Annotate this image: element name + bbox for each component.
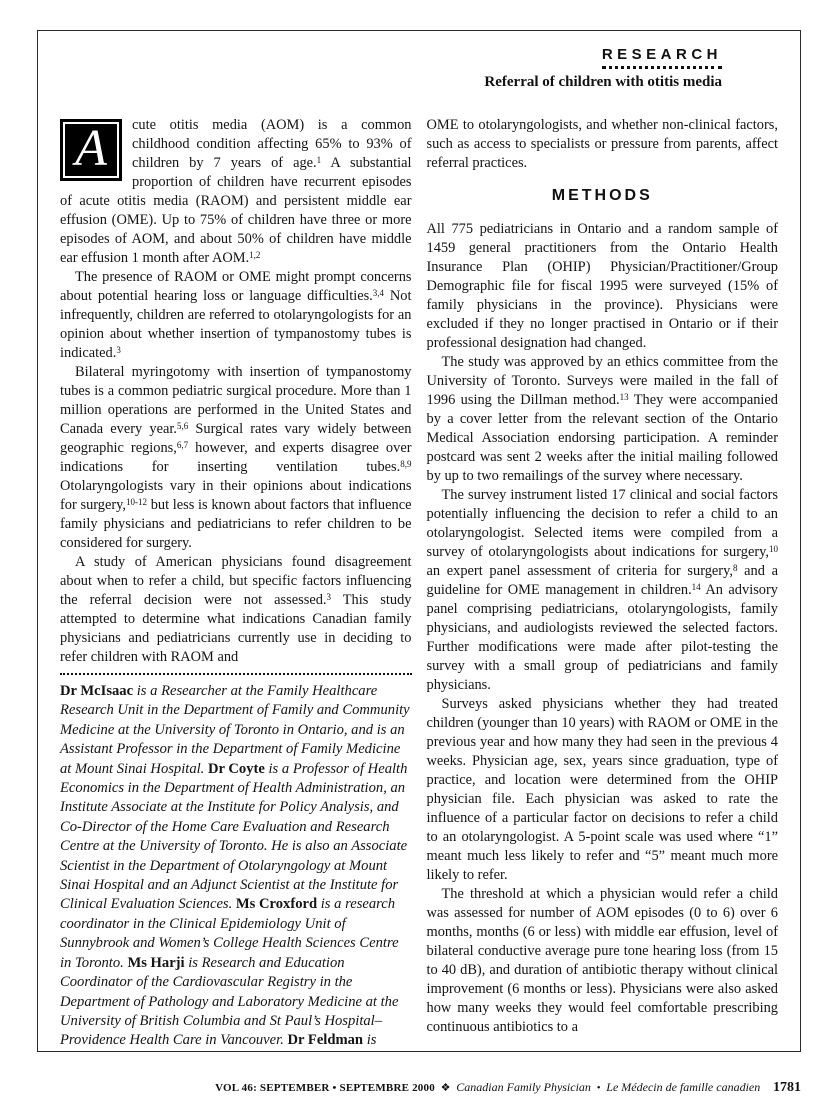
journal-page: RESEARCH Referral of children with otiti… <box>0 0 816 1114</box>
paragraph-intro: Acute otitis media (AOM) is a common chi… <box>60 116 412 268</box>
page-header: RESEARCH Referral of children with otiti… <box>60 31 778 91</box>
volume-issue-text: VOL 46: SEPTEMBER • SEPTEMBRE 2000 <box>215 1082 435 1094</box>
research-kicker-block: RESEARCH <box>602 46 722 69</box>
dotted-separator <box>60 673 412 675</box>
paragraph: A study of American physicians found dis… <box>60 553 412 667</box>
paragraph: All 775 pediatricians in Ontario and a r… <box>427 220 779 353</box>
paragraph: The survey instrument listed 17 clinical… <box>427 486 779 695</box>
paragraph: Bilateral myringotomy with insertion of … <box>60 363 412 553</box>
right-column: OME to otolaryngologists, and whether no… <box>427 116 779 1052</box>
two-column-body: Acute otitis media (AOM) is a common chi… <box>60 116 778 1052</box>
drop-cap: A <box>60 119 122 181</box>
left-column: Acute otitis media (AOM) is a common chi… <box>60 116 412 1052</box>
paragraph: The threshold at which a physician would… <box>427 885 779 1037</box>
page-border-frame: RESEARCH Referral of children with otiti… <box>37 30 801 1052</box>
article-subtitle: Referral of children with otitis media <box>60 74 722 91</box>
paragraph: The presence of RAOM or OME might prompt… <box>60 268 412 363</box>
methods-heading: METHODS <box>427 186 779 205</box>
page-number: 1781 <box>773 1080 801 1095</box>
paragraph: The study was approved by an ethics comm… <box>427 353 779 486</box>
paragraph: Surveys asked physicians whether they ha… <box>427 695 779 885</box>
paragraph: OME to otolaryngologists, and whether no… <box>427 116 779 173</box>
bullet-separator-icon: • <box>594 1082 604 1094</box>
page-footer: VOL 46: SEPTEMBER • SEPTEMBRE 2000 ❖ Can… <box>215 1080 801 1096</box>
research-kicker: RESEARCH <box>602 46 722 69</box>
author-bio: Dr McIsaac is a Researcher at the Family… <box>60 682 412 1052</box>
journal-name-french: Le Médecin de famille canadien <box>606 1080 760 1094</box>
diamond-separator-icon: ❖ <box>438 1082 454 1094</box>
journal-name-english: Canadian Family Physician <box>456 1080 591 1094</box>
